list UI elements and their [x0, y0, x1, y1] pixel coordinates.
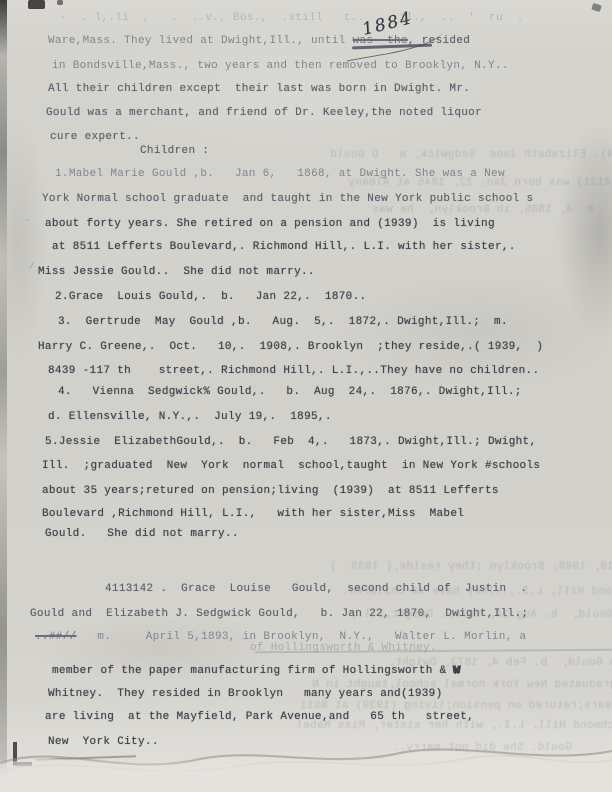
child-5-line-5: Gould. She did not marry.. [45, 527, 239, 541]
child-1-line-2: York Normal school graduate and taught i… [42, 192, 533, 206]
paper-below-tear [0, 758, 612, 792]
intro-line-3: in Bondsville,Mass., two years and then … [52, 59, 509, 73]
intro-line-1: - . l,.li , . ..v., Bos., .still t.. ..i… [60, 11, 524, 25]
scan-edge-strip [0, 0, 7, 792]
intro-line-5: Gould was a merchant, and friend of Dr. … [46, 106, 482, 120]
margin-tick: / [29, 262, 35, 273]
child-3-line-1: 3. Gertrude May Gould ,b. Aug. 5,. 1872,… [58, 315, 508, 329]
margin-tick: - [24, 216, 30, 227]
intro-line-4: All their children except their last was… [48, 82, 470, 96]
child-1-line-5: Miss Jessie Gould.. She did not marry.. [38, 265, 315, 279]
record-line-2: Gould and Elizabeth J. Sedgwick Gould, b… [30, 607, 528, 621]
record-line-3-text: m. April 5,1893, in Brooklyn, N.Y., Walt… [77, 631, 527, 643]
top-right-ink-mark [591, 3, 602, 12]
child-1-line-4: at 8511 Lefferts Boulevard,. Richmond Hi… [52, 240, 516, 254]
child-2-line-1: 2.Grace Louis Gould,. b. Jan 22,. 1870.. [55, 290, 366, 304]
top-left-ink-mark [28, 0, 45, 9]
record-line-5: Whitney. They resided in Brooklyn many y… [48, 687, 443, 701]
record-line-4-text: member of the paper manufacturing firm o… [52, 665, 453, 677]
child-5-line-1: 5.Jessie ElizabethGould,. b. Feb 4,. 187… [45, 435, 536, 449]
ghost-line: Harry C. Greene, Oct. 10, 1908, Brooklyn… [330, 560, 612, 574]
intro-line-6: cure expert.. [50, 130, 140, 144]
child-1-line-3: about forty years. She retired on a pens… [45, 217, 495, 231]
children-heading: Children : [140, 144, 209, 158]
child-4-line-2: d. Ellensville, N.Y.,. July 19,. 1895,. [48, 410, 332, 424]
struck-out-prefix: ..##// [35, 631, 77, 643]
child-1-line-1: 1.Mabel Marie Gould ,b. Jan 6, 1868, at … [55, 167, 505, 181]
child-4-line-1: 4. Vienna Sedgwick% Gould,. b. Aug 24,. … [58, 385, 522, 399]
child-5-line-3: about 35 years;retured on pension;living… [42, 484, 499, 498]
child-3-line-2: Harry C. Greene,. Oct. 10,. 1908,. Brook… [38, 340, 543, 354]
scanned-document-page: (411314). Elizabeth Jane Sedgwick, m D G… [0, 0, 612, 792]
record-line-3: ..##// m. April 5,1893, in Brooklyn, N.Y… [35, 630, 526, 644]
top-left-ink-dot [57, 0, 63, 5]
overstruck-character: W [453, 665, 460, 677]
ghost-line: (411314). Elizabeth Jane Sedgwick, m D G… [330, 148, 612, 162]
record-line-4: member of the paper manufacturing firm o… [52, 664, 460, 678]
record-line-6: are living at the Mayfield, Park Avenue,… [45, 710, 474, 724]
child-5-line-2: Ill. ;graduated New York normal school,t… [42, 459, 540, 473]
record-line-1: 4113142 . Grace Louise Gould, second chi… [105, 582, 527, 596]
child-3-line-3: 8439 -117 th street,. Richmond Hill,. L.… [48, 364, 539, 378]
child-5-line-4: Boulevard ,Richmond Hill, L.I., with her… [42, 507, 464, 521]
intro-line-2-start: Ware,Mass. They lived at Dwight,Ill., un… [48, 35, 353, 47]
